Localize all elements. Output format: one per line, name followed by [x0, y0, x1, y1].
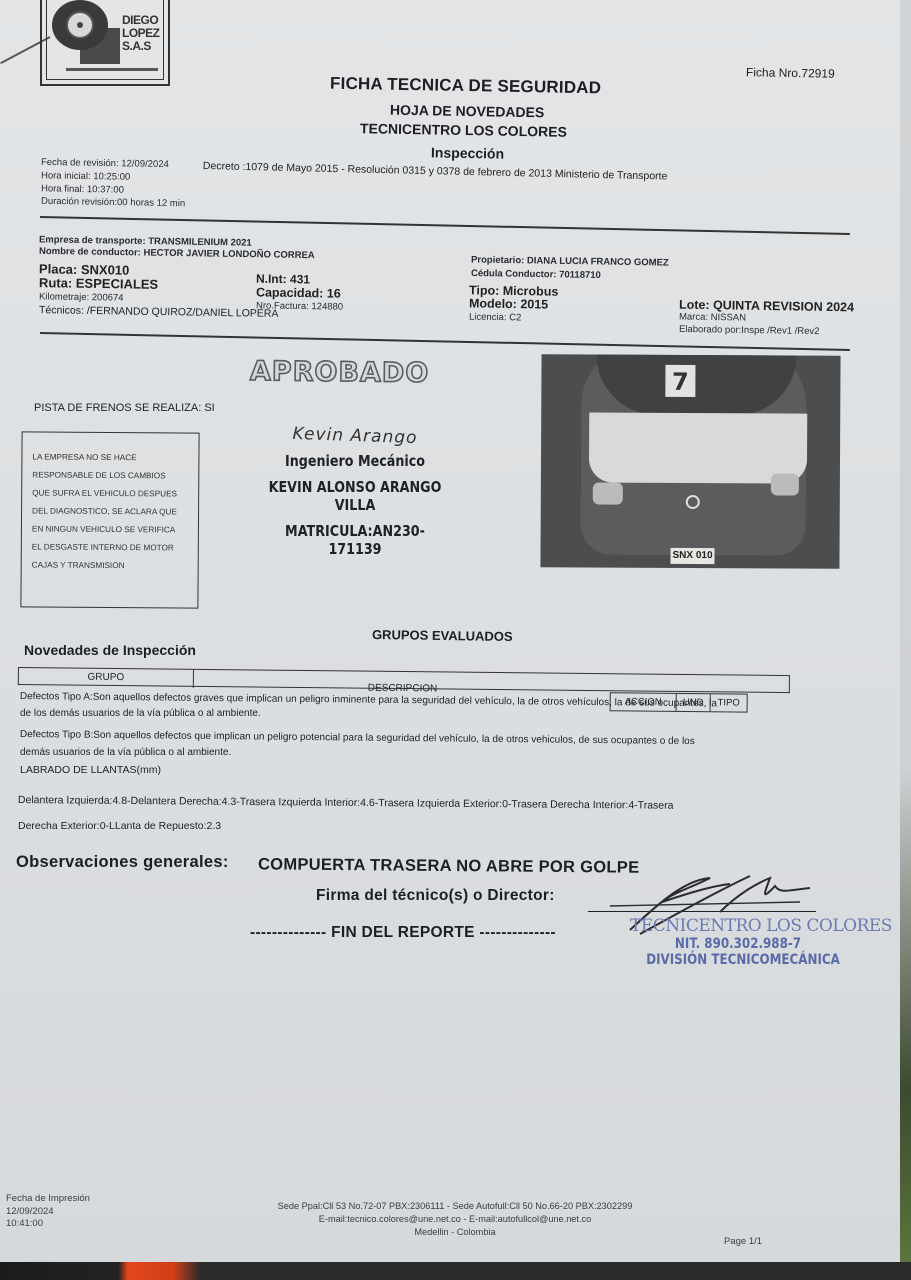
- tread-title: LABRADO DE LLANTAS(mm): [20, 763, 161, 778]
- tire-icon: [52, 0, 108, 50]
- stamp-line: TECNICENTRO LOS COLORES: [630, 916, 846, 936]
- disclaimer-line: CAJAS Y TRANSMISION: [32, 556, 198, 575]
- disclaimer-box: LA EMPRESA NO SE HACE RESPONSABLE DE LOS…: [20, 431, 199, 608]
- engineer-block: Kevin Arango Ingeniero Mecánico KEVIN AL…: [240, 426, 470, 558]
- document-subtitle: HOJA DE NOVEDADES: [390, 102, 545, 121]
- invoice-number: Nro.Factura: 124880: [256, 300, 343, 312]
- brand: Marca: NISSAN: [679, 311, 746, 323]
- license: Licencia: C2: [469, 312, 521, 324]
- disclaimer-line: QUE SUFRA EL VEHICULO DESPUES: [32, 484, 198, 503]
- defect-b-line: demás usuarios de la vía pública o al am…: [20, 745, 231, 760]
- engineer-title: Ingeniero Mecánico: [261, 452, 450, 470]
- observations-label: Observaciones generales:: [16, 853, 229, 872]
- internal-number: N.Int: 431: [256, 272, 310, 287]
- stamp-line: NIT. 890.302.988-7: [646, 936, 830, 952]
- end-time: Hora final: 10:37:00: [41, 183, 124, 195]
- license-plate: SNX 010: [670, 548, 714, 564]
- document-title: FICHA TECNICA DE SEGURIDAD: [330, 74, 602, 99]
- brand-emblem-icon: [686, 495, 700, 509]
- ficha-number: Ficha Nro.72919: [746, 65, 835, 81]
- route: Ruta: ESPECIALES: [39, 275, 158, 292]
- disclaimer-line: DEL DIAGNOSTICO, SE ACLARA QUE: [32, 502, 198, 521]
- driver-name: Nombre de conductor: HECTOR JAVIER LONDO…: [39, 246, 315, 261]
- decree-text: Decreto :1079 de Mayo 2015 - Resolución …: [203, 160, 668, 183]
- company-logo: DIEGO LOPEZ S.A.S: [40, 0, 170, 86]
- tread-values: Delantera Izquierda:4.8-Delantera Derech…: [18, 793, 674, 814]
- stamp-line: DIVISIÓN TECNICOMECÁNICA: [646, 952, 830, 968]
- background-surface: [0, 1262, 911, 1280]
- center-name: TECNICENTRO LOS COLORES: [360, 120, 567, 140]
- footer-city: Medellin - Colombia: [240, 1226, 670, 1239]
- technicians: Técnicos: /FERNANDO QUIROZ/DANIEL LOPERA: [39, 304, 279, 320]
- capacity: Capacidad: 16: [256, 285, 341, 300]
- page-number: Page 1/1: [724, 1236, 762, 1247]
- mileage: Kilometraje: 200674: [39, 291, 124, 303]
- tread-values: Derecha Exterior:0-LLanta de Repuesto:2.…: [18, 819, 221, 834]
- end-of-report: -------------- FIN DEL REPORTE ---------…: [250, 924, 556, 942]
- engineer-name: KEVIN ALONSO ARANGO VILLA: [261, 478, 450, 514]
- vehicle-photo: 7 SNX 010: [540, 354, 840, 569]
- start-time: Hora inicial: 10:25:00: [41, 170, 130, 183]
- prepared-by: Elaborado por:Inspe /Rev1 /Rev2: [679, 324, 820, 337]
- document-page: DIEGO LOPEZ S.A.S Ficha Nro.72919 FICHA …: [0, 0, 900, 1262]
- section-title: Novedades de Inspección: [24, 642, 196, 658]
- owner: Propietario: DIANA LUCIA FRANCO GOMEZ: [471, 254, 669, 268]
- print-date-label: Fecha de Impresión: [6, 1193, 90, 1204]
- divider: [40, 216, 850, 234]
- revision-date: Fecha de revisión: 12/09/2024: [41, 157, 169, 170]
- footer-address-block: Sede Ppal:Cll 53 No.72-07 PBX:2306111 - …: [240, 1200, 670, 1239]
- brake-track: PISTA DE FRENOS SE REALIZA: SI: [34, 402, 215, 414]
- signature-label: Firma del técnico(s) o Director:: [316, 887, 555, 905]
- disclaimer-line: LA EMPRESA NO SE HACE: [32, 448, 198, 467]
- duration: Duración revisión:00 horas 12 min: [41, 196, 185, 210]
- disclaimer-line: EL DESGASTE INTERNO DE MOTOR: [32, 538, 198, 557]
- route-sign: 7: [665, 365, 695, 397]
- observations-value: COMPUERTA TRASERA NO ABRE POR GOLPE: [258, 855, 640, 877]
- logo-line: S.A.S: [122, 40, 160, 53]
- print-date: 12/09/2024: [6, 1206, 54, 1217]
- print-time: 10:41:00: [6, 1218, 43, 1229]
- footer-address: Sede Ppal:Cll 53 No.72-07 PBX:2306111 - …: [240, 1200, 670, 1213]
- approval-status: APROBADO: [250, 356, 430, 389]
- disclaimer-line: RESPONSABLE DE LOS CAMBIOS: [32, 466, 198, 485]
- footer-emails: E-mail:tecnico.colores@une.net.co - E-ma…: [240, 1213, 670, 1226]
- engineer-registration: MATRICULA:AN230-171139: [261, 522, 450, 558]
- defect-a-line: de los demás usuarios de la vía pública …: [20, 706, 261, 721]
- vehicle-model: Modelo: 2015: [469, 296, 548, 311]
- groups-evaluated-title: GRUPOS EVALUADOS: [372, 627, 513, 644]
- background-edge: [900, 0, 911, 1280]
- engineer-signature: Kevin Arango: [240, 422, 471, 450]
- inspection-label: Inspección: [431, 144, 504, 161]
- disclaimer-line: EN NINGUN VEHICULO SE VERIFICA: [32, 520, 198, 539]
- driver-id: Cédula Conductor: 70118710: [471, 268, 601, 281]
- company-stamp: TECNICENTRO LOS COLORES NIT. 890.302.988…: [630, 916, 846, 968]
